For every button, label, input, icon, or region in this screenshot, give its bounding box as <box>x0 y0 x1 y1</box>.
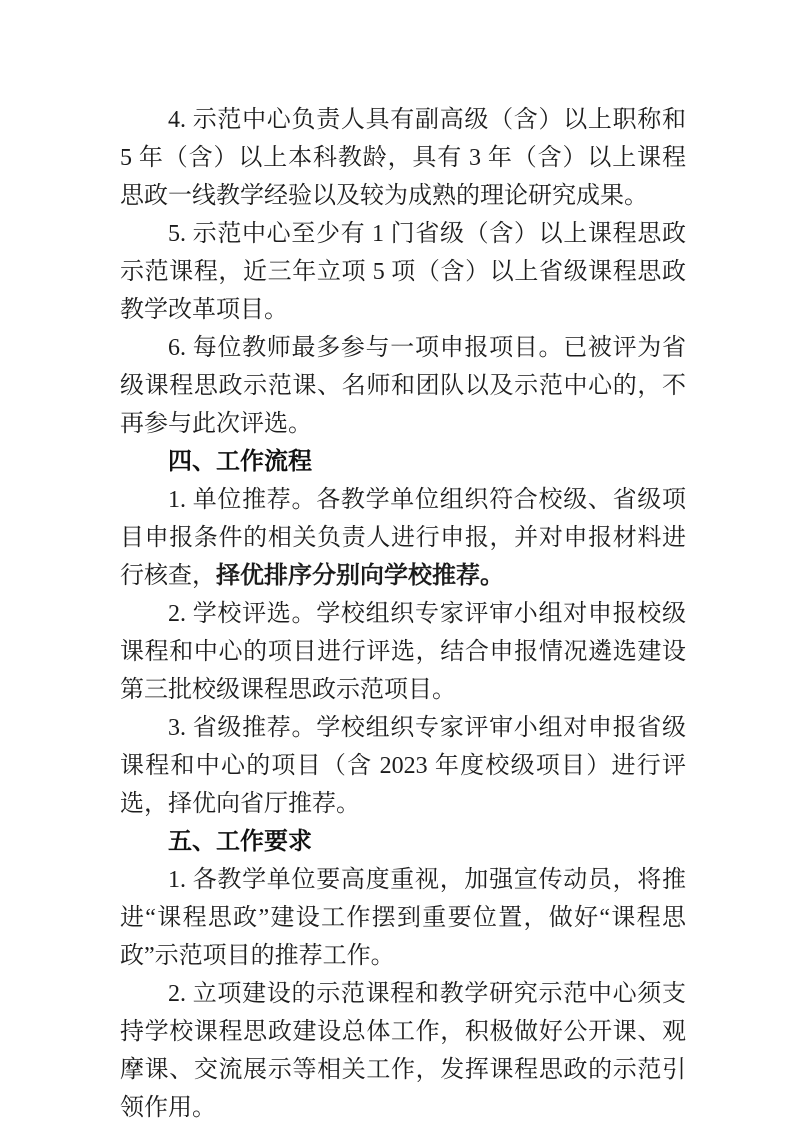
text-segment: 1. 各教学单位要高度重视，加强宣传动员，将推进“课程思政”建设工作摆到重要位置… <box>120 867 686 969</box>
heading-work-process: 四、工作流程 <box>120 443 686 481</box>
document-page: 4. 示范中心负责人具有副高级（含）以上职称和 5 年（含）以上本科教龄，具有 … <box>0 0 800 1131</box>
text-segment: 5. 示范中心至少有 1 门省级（含）以上课程思政示范课程，近三年立项 5 项（… <box>120 221 686 323</box>
para-publicity-requirement: 1. 各教学单位要高度重视，加强宣传动员，将推进“课程思政”建设工作摆到重要位置… <box>120 861 686 975</box>
para-provincial-recommendation: 3. 省级推荐。学校组织专家评审小组对申报省级课程和中心的项目（含 2023 年… <box>120 709 686 823</box>
para-center-director-qualification: 4. 示范中心负责人具有副高级（含）以上职称和 5 年（含）以上本科教龄，具有 … <box>120 101 686 215</box>
para-school-selection: 2. 学校评选。学校组织专家评审小组对申报校级课程和中心的项目进行评选，结合申报… <box>120 595 686 709</box>
text-segment: 五、工作要求 <box>168 828 312 855</box>
para-unit-recommendation: 1. 单位推荐。各教学单位组织符合校级、省级项目申报条件的相关负责人进行申报，并… <box>120 481 686 595</box>
text-segment: 6. 每位教师最多参与一项申报项目。已被评为省级课程思政示范课、名师和团队以及示… <box>120 335 686 437</box>
text-segment: 2. 立项建设的示范课程和教学研究示范中心须支持学校课程思政建设总体工作，积极做… <box>120 981 686 1121</box>
document-body: 4. 示范中心负责人具有副高级（含）以上职称和 5 年（含）以上本科教龄，具有 … <box>120 101 686 1127</box>
text-segment: 4. 示范中心负责人具有副高级（含）以上职称和 5 年（含）以上本科教龄，具有 … <box>120 107 686 209</box>
para-center-course-requirement: 5. 示范中心至少有 1 门省级（含）以上课程思政示范课程，近三年立项 5 项（… <box>120 215 686 329</box>
text-segment: 2. 学校评选。学校组织专家评审小组对申报校级课程和中心的项目进行评选，结合申报… <box>120 601 686 703</box>
para-project-support-requirement: 2. 立项建设的示范课程和教学研究示范中心须支持学校课程思政建设总体工作，积极做… <box>120 975 686 1127</box>
para-teacher-participation-limit: 6. 每位教师最多参与一项申报项目。已被评为省级课程思政示范课、名师和团队以及示… <box>120 329 686 443</box>
text-segment: 3. 省级推荐。学校组织专家评审小组对申报省级课程和中心的项目（含 2023 年… <box>120 715 686 817</box>
text-segment: 择优排序分别向学校推荐。 <box>216 563 504 589</box>
text-segment: 四、工作流程 <box>168 448 312 475</box>
heading-work-requirements: 五、工作要求 <box>120 823 686 861</box>
